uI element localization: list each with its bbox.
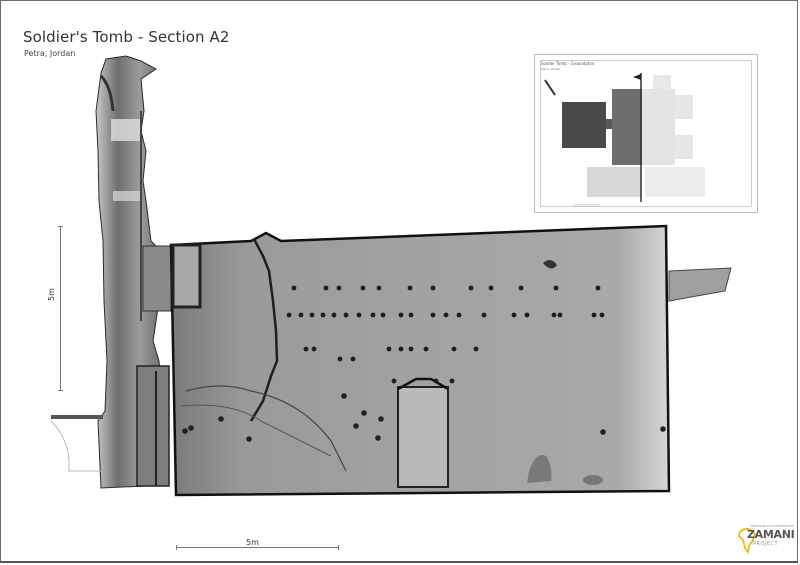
vertical-scale-bar <box>60 226 61 391</box>
logo-name: ZAMANI <box>747 528 794 541</box>
horizontal-scale-bar <box>176 547 339 548</box>
north-arrow-icon <box>545 80 555 95</box>
drawing-sheet: Soldier's Tomb - Section A2 Petra, Jorda… <box>0 0 798 563</box>
logo-sub: PROJECT <box>753 541 778 547</box>
inset-plan <box>535 55 757 212</box>
groundplan-inset: Soldier Tomb - Groundplan Petra, Jordan <box>534 54 758 213</box>
horizontal-scale-label: 5m <box>246 538 259 547</box>
zamani-logo: HERITAGE DOCUMENTATION ZAMANI PROJECT <box>737 524 785 554</box>
vertical-scale-label: 5m <box>47 288 56 301</box>
